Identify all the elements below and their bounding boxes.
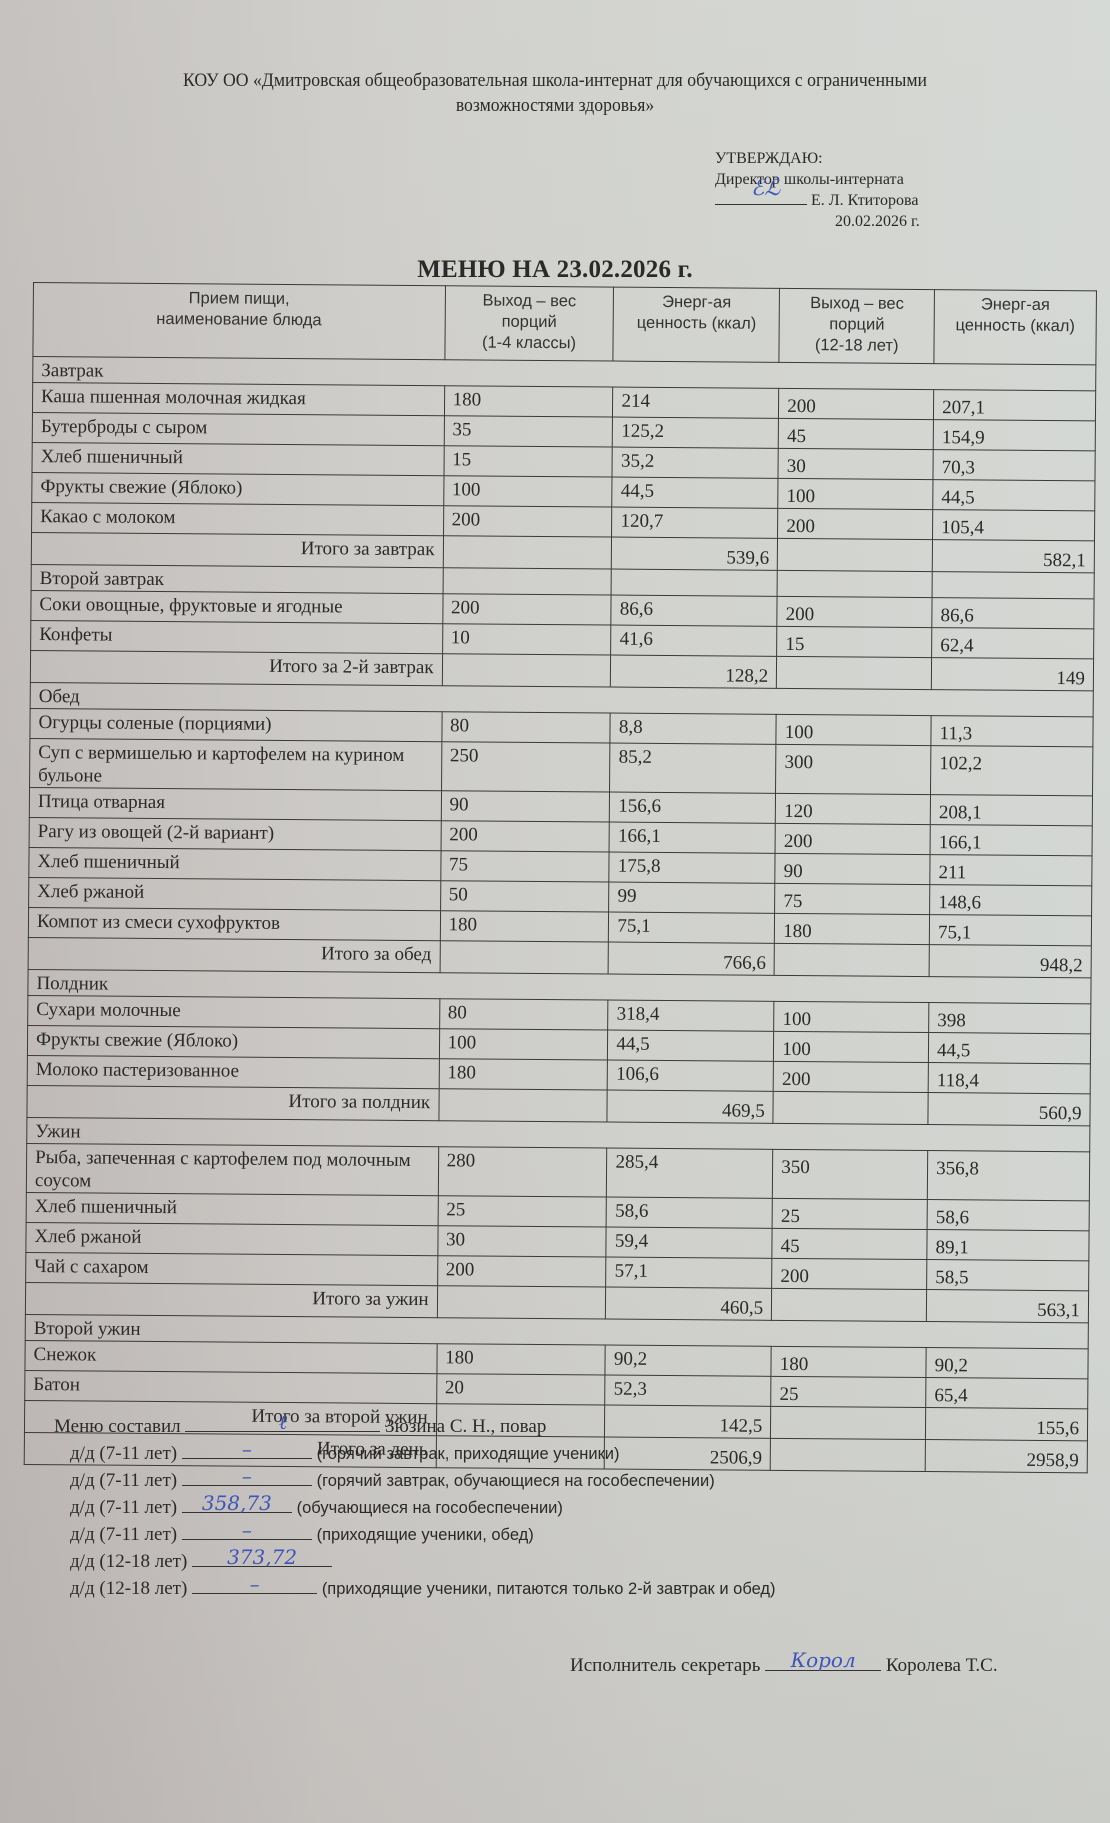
energy-value: 154,9	[933, 420, 1095, 451]
column-header: Выход – вес порций (12-18 лет)	[779, 288, 934, 363]
energy-value: 156,6	[610, 792, 776, 823]
portion-weight: 30	[778, 448, 933, 479]
energy-value: 89,1	[927, 1230, 1089, 1261]
cost-value-line: –	[182, 1440, 312, 1459]
cost-note: (горячий завтрак, приходящие ученики)	[317, 1445, 620, 1463]
empty-cell	[443, 568, 612, 595]
portion-weight: 180	[444, 386, 613, 417]
daily-cost-row: д/д (7-11 лет) – (горячий завтрак, прихо…	[54, 1440, 776, 1467]
energy-value: 85,2	[610, 743, 776, 793]
energy-value: 99	[609, 882, 775, 913]
cost-label: д/д (7-11 лет)	[70, 1443, 177, 1464]
portion-weight: 30	[437, 1226, 606, 1257]
cost-label: д/д (12-18 лет)	[70, 1551, 187, 1572]
energy-value: 105,4	[933, 510, 1095, 541]
energy-value: 41,6	[611, 625, 777, 656]
daily-cost-row: д/д (12-18 лет) – (приходящие ученики, п…	[54, 1575, 776, 1602]
document-page: КОУ ОО «Дмитровская общеобразовательная …	[0, 0, 1110, 1823]
portion-weight: 75	[775, 883, 930, 914]
energy-value: 58,5	[927, 1260, 1089, 1291]
energy-value: 58,6	[927, 1200, 1089, 1231]
dish-name: Батон	[25, 1370, 437, 1403]
approval-position: Директор школы-интерната	[715, 169, 920, 190]
dish-row: Суп с вермишелью и картофелем на курином…	[30, 738, 1093, 795]
composer-signature-line: ℓ	[185, 1413, 380, 1432]
dish-name: Хлеб ржаной	[26, 1222, 438, 1255]
portion-weight: 10	[442, 624, 611, 655]
daily-cost-list: д/д (7-11 лет) – (горячий завтрак, прихо…	[54, 1440, 776, 1602]
dish-name: Хлеб пшеничный	[26, 1192, 438, 1225]
empty-cell	[437, 1286, 606, 1319]
composer-label: Меню составил	[54, 1416, 181, 1437]
energy-value: 44,5	[612, 477, 778, 508]
total-kcal-1-4: 539,6	[612, 537, 778, 570]
empty-cell	[777, 570, 932, 597]
portion-weight: 75	[440, 851, 609, 882]
energy-value: 175,8	[609, 852, 775, 883]
dish-name: Компот из смеси сухофруктов	[28, 907, 440, 940]
dish-name: Каша пшенная молочная жидкая	[32, 383, 444, 416]
column-header: Выход – вес порций (1-4 классы)	[444, 286, 613, 361]
dish-name: Фрукты свежие (Яблоко)	[32, 472, 444, 505]
total-kcal-1-4: 469,5	[607, 1090, 773, 1123]
portion-weight: 180	[439, 1059, 608, 1090]
cost-value: –	[182, 1463, 312, 1489]
cost-value-line: –	[182, 1467, 312, 1486]
total-kcal-1-4: 460,5	[606, 1287, 772, 1320]
dish-name: Соки овощные, фруктовые и ягодные	[31, 590, 443, 623]
portion-weight: 300	[776, 744, 931, 794]
dish-name: Молоко пастеризованное	[27, 1055, 439, 1088]
energy-value: 211	[930, 855, 1092, 886]
dish-name: Чай с сахаром	[26, 1252, 438, 1285]
footer-block: Меню составил ℓ Зюзина С. Н., повар д/д …	[54, 1413, 776, 1602]
cost-label: д/д (7-11 лет)	[70, 1470, 177, 1491]
total-label: Итого за ужин	[25, 1282, 437, 1317]
total-label: Итого за обед	[28, 937, 440, 972]
portion-weight: 200	[773, 1061, 928, 1092]
portion-weight: 100	[439, 1029, 608, 1060]
portion-weight: 200	[775, 823, 930, 854]
portion-weight: 90	[441, 791, 610, 822]
energy-value: 398	[929, 1003, 1091, 1034]
cost-value-line: –	[182, 1521, 312, 1540]
portion-weight: 20	[436, 1374, 605, 1405]
energy-value: 44,5	[608, 1030, 774, 1061]
cost-note: (приходящие ученики, обед)	[317, 1526, 534, 1544]
energy-value: 52,3	[605, 1375, 771, 1406]
dish-name: Огурцы соленые (порциями)	[30, 708, 442, 741]
portion-weight: 250	[441, 742, 610, 792]
dish-name: Хлеб пшеничный	[32, 442, 444, 475]
energy-value: 57,1	[606, 1257, 772, 1288]
portion-weight: 200	[437, 1256, 606, 1287]
empty-cell	[932, 572, 1094, 599]
energy-value: 208,1	[930, 795, 1092, 826]
empty-cell	[442, 654, 611, 687]
total-label: Итого за 2-й завтрак	[30, 650, 442, 685]
portion-weight: 100	[774, 1001, 929, 1032]
composer-signature: ℓ	[185, 1409, 380, 1435]
empty-cell	[611, 569, 777, 596]
energy-value: 356,8	[927, 1151, 1089, 1201]
dish-name: Хлеб ржаной	[29, 877, 441, 910]
empty-cell	[773, 1091, 928, 1124]
column-header: Энерг-ая ценность (ккал)	[934, 290, 1096, 365]
organization-header: КОУ ОО «Дмитровская общеобразовательная …	[76, 68, 1034, 118]
energy-value: 11,3	[931, 716, 1093, 747]
energy-value: 118,4	[928, 1063, 1090, 1094]
total-kcal-12-18: 582,1	[932, 540, 1094, 573]
portion-weight: 25	[771, 1376, 926, 1407]
energy-value: 86,6	[932, 598, 1094, 629]
dish-name: Птица отварная	[29, 787, 441, 820]
dish-name: Рагу из овощей (2-й вариант)	[29, 817, 441, 850]
cost-value: 373,72	[192, 1544, 332, 1570]
portion-weight: 45	[772, 1228, 927, 1259]
cost-note: (обучающиеся на гособеспечении)	[297, 1499, 563, 1517]
energy-value: 318,4	[608, 1000, 774, 1031]
empty-cell	[440, 941, 609, 974]
energy-value: 90,2	[605, 1345, 771, 1376]
dish-name: Рыба, запеченная с картофелем под молочн…	[26, 1143, 438, 1195]
organization-line-2: возможностями здоровья»	[76, 93, 1034, 118]
portion-weight: 45	[778, 418, 933, 449]
energy-value: 214	[613, 387, 779, 418]
energy-value: 86,6	[611, 595, 777, 626]
section-title: Второй завтрак	[31, 564, 443, 593]
dish-name: Снежок	[25, 1340, 437, 1373]
dish-name: Конфеты	[31, 620, 443, 653]
energy-value: 59,4	[606, 1227, 772, 1258]
dish-name: Фрукты свежие (Яблоко)	[27, 1025, 439, 1058]
empty-cell	[771, 1406, 926, 1439]
portion-weight: 100	[774, 1031, 929, 1062]
portion-weight: 180	[771, 1346, 926, 1377]
energy-value: 8,8	[610, 713, 776, 744]
total-kcal-1-4: 128,2	[611, 655, 777, 688]
energy-value: 44,5	[929, 1033, 1091, 1064]
energy-value: 90,2	[926, 1348, 1088, 1379]
daily-cost-row: д/д (12-18 лет) 373,72	[54, 1548, 776, 1575]
cost-label: д/д (7-11 лет)	[70, 1497, 177, 1518]
total-kcal-1-4: 766,6	[608, 942, 774, 975]
cost-value-line: 358,73	[182, 1494, 292, 1513]
energy-value: 120,7	[612, 507, 778, 538]
portion-weight: 80	[439, 999, 608, 1030]
portion-weight: 180	[437, 1344, 606, 1375]
empty-cell	[777, 656, 932, 689]
cost-value: 358,73	[182, 1490, 292, 1516]
portion-weight: 180	[775, 913, 930, 944]
empty-cell	[778, 538, 933, 571]
dish-row: Рыба, запеченная с картофелем под молочн…	[26, 1143, 1089, 1200]
approval-label: УТВЕРЖДАЮ:	[715, 148, 920, 169]
cost-value: –	[182, 1436, 312, 1462]
executor-name: Королева Т.С.	[886, 1655, 998, 1676]
portion-weight: 50	[440, 881, 609, 912]
column-header: Прием пищи, наименование блюда	[33, 283, 445, 360]
energy-value: 207,1	[934, 390, 1096, 421]
total-kcal-12-18: 948,2	[929, 945, 1091, 978]
energy-value: 58,6	[607, 1197, 773, 1228]
dish-name: Сухари молочные	[28, 995, 440, 1028]
portion-weight: 35	[444, 416, 613, 447]
energy-value: 35,2	[612, 447, 778, 478]
menu-table: Прием пищи, наименование блюдаВыход – ве…	[24, 282, 1097, 1473]
composer-name: Зюзина С. Н., повар	[385, 1416, 546, 1437]
cost-value-line: 373,72	[192, 1548, 332, 1567]
portion-weight: 25	[438, 1196, 607, 1227]
portion-weight: 350	[773, 1149, 928, 1199]
empty-cell	[774, 943, 929, 976]
portion-weight: 200	[778, 508, 933, 539]
portion-weight: 80	[441, 712, 610, 743]
energy-value: 148,6	[930, 885, 1092, 916]
director-signature: ℰℒ	[751, 178, 780, 199]
director-name: Е. Л. Ктиторова	[811, 192, 918, 209]
column-header: Энерг-ая ценность (ккал)	[613, 287, 779, 362]
portion-weight: 180	[440, 911, 609, 942]
energy-value: 44,5	[933, 480, 1095, 511]
organization-line-1: КОУ ОО «Дмитровская общеобразовательная …	[76, 68, 1034, 93]
portion-weight: 15	[777, 626, 932, 657]
total-label: Итого за завтрак	[31, 532, 443, 567]
energy-value: 166,1	[930, 825, 1092, 856]
menu-title: МЕНЮ НА 23.02.2026 г.	[0, 256, 1110, 284]
portion-weight: 200	[772, 1258, 927, 1289]
dish-name: Какао с молоком	[32, 502, 444, 535]
cost-label: д/д (12-18 лет)	[70, 1578, 187, 1599]
daily-cost-row: д/д (7-11 лет) – (горячий завтрак, обуча…	[54, 1467, 776, 1494]
approval-date: 20.02.2026 г.	[715, 211, 920, 232]
energy-value: 62,4	[932, 628, 1094, 659]
cost-note: (приходящие ученики, питаются только 2-й…	[322, 1580, 776, 1598]
cost-value: –	[182, 1517, 312, 1543]
portion-weight: 100	[443, 476, 612, 507]
energy-value: 102,2	[931, 746, 1093, 796]
approval-block: УТВЕРЖДАЮ: Директор школы-интерната ℰℒ Е…	[715, 148, 920, 232]
portion-weight: 200	[443, 506, 612, 537]
portion-weight: 90	[775, 853, 930, 884]
energy-value: 65,4	[926, 1378, 1088, 1409]
empty-cell	[770, 1438, 925, 1471]
portion-weight: 200	[777, 596, 932, 627]
menu-table-body: ЗавтракКаша пшенная молочная жидкая18021…	[24, 357, 1096, 1473]
total-label: Итого за полдник	[27, 1085, 439, 1120]
portion-weight: 200	[779, 388, 934, 419]
daily-cost-row: д/д (7-11 лет) – (приходящие ученики, об…	[54, 1521, 776, 1548]
day-total-kcal-12-18: 2958,9	[925, 1440, 1087, 1473]
portion-weight: 100	[776, 714, 931, 745]
energy-value: 125,2	[613, 417, 779, 448]
portion-weight: 15	[444, 446, 613, 477]
portion-weight: 25	[772, 1198, 927, 1229]
portion-weight: 200	[442, 594, 611, 625]
cost-note: (горячий завтрак, обучающиеся на гособес…	[317, 1472, 715, 1490]
dish-name: Бутерброды с сыром	[32, 412, 444, 445]
energy-value: 75,1	[609, 912, 775, 943]
executor-signature: Корол	[765, 1648, 881, 1672]
energy-value: 285,4	[607, 1148, 773, 1198]
table-header-row: Прием пищи, наименование блюдаВыход – ве…	[33, 283, 1097, 365]
total-kcal-12-18: 155,6	[926, 1408, 1088, 1441]
portion-weight: 100	[778, 478, 933, 509]
portion-weight: 200	[441, 821, 610, 852]
executor-row: Исполнитель секретарь Корол Королева Т.С…	[570, 1652, 998, 1677]
total-kcal-12-18: 563,1	[926, 1290, 1088, 1323]
energy-value: 70,3	[933, 450, 1095, 481]
cost-label: д/д (7-11 лет)	[70, 1524, 177, 1545]
total-kcal-12-18: 149	[931, 658, 1093, 691]
executor-signature-line: Корол	[765, 1652, 881, 1671]
portion-weight: 120	[776, 793, 931, 824]
energy-value: 75,1	[929, 915, 1091, 946]
empty-cell	[772, 1288, 927, 1321]
total-kcal-12-18: 560,9	[928, 1093, 1090, 1126]
cost-value-line: –	[192, 1575, 317, 1594]
dish-name: Хлеб пшеничный	[29, 847, 441, 880]
energy-value: 166,1	[609, 822, 775, 853]
daily-cost-row: д/д (7-11 лет) 358,73 (обучающиеся на го…	[54, 1494, 776, 1521]
empty-cell	[443, 536, 612, 569]
composer-row: Меню составил ℓ Зюзина С. Н., повар	[54, 1413, 776, 1440]
energy-value: 106,6	[608, 1060, 774, 1091]
cost-value: –	[192, 1571, 317, 1597]
dish-name: Суп с вермишелью и картофелем на курином…	[30, 738, 442, 790]
executor-label: Исполнитель секретарь	[570, 1655, 760, 1676]
empty-cell	[439, 1089, 608, 1122]
portion-weight: 280	[438, 1147, 607, 1197]
